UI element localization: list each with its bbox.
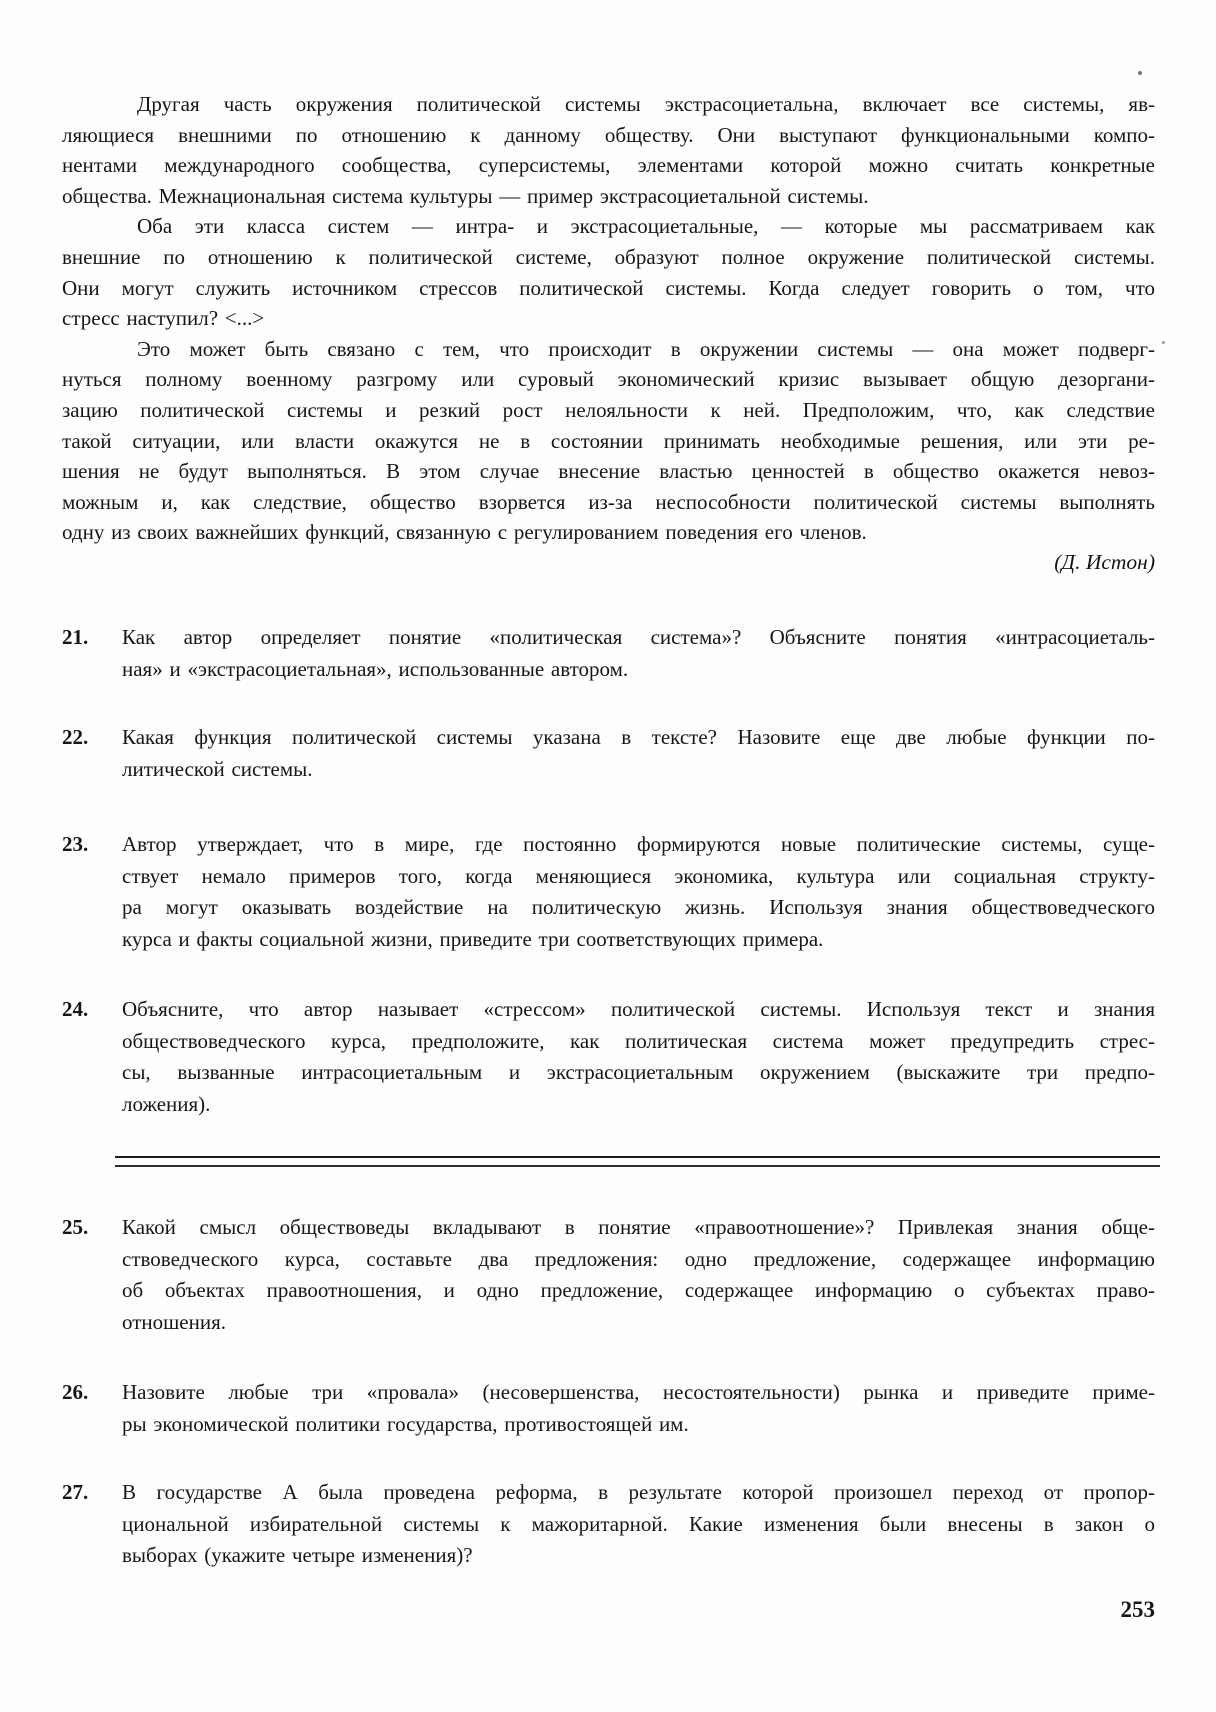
- question-number: 21.: [62, 622, 118, 654]
- question-number: 25.: [62, 1212, 118, 1244]
- text-line: зацию политической системы и резкий рост…: [62, 395, 1155, 426]
- text-line: Это может быть связано с тем, что происх…: [62, 334, 1155, 365]
- question-text: Какой смысл обществоведы вкладывают в по…: [122, 1212, 1155, 1339]
- text-line: Они могут служить источником стрессов по…: [62, 273, 1155, 304]
- question-text-line: Как автор определяет понятие «политическ…: [122, 622, 1155, 654]
- question-21: 21. Как автор определяет понятие «полити…: [62, 622, 1155, 685]
- question-number: 22.: [62, 722, 118, 754]
- question-text-line: Какая функция политической системы указа…: [122, 722, 1155, 754]
- text-line: ляющиеся внешними по отношению к данному…: [62, 120, 1155, 151]
- text-line: Другая часть окружения политической сист…: [62, 89, 1155, 120]
- question-text-line: обществоведческого курса, предположите, …: [122, 1026, 1155, 1058]
- author-attribution: (Д. Истон): [62, 549, 1155, 575]
- question-number: 24.: [62, 994, 118, 1026]
- text-line: можным и, как следствие, общество взорве…: [62, 487, 1155, 518]
- question-text: Объясните, что автор называет «стрессом»…: [122, 994, 1155, 1121]
- question-text-line: Какой смысл обществоведы вкладывают в по…: [122, 1212, 1155, 1244]
- scan-artifact: [1162, 341, 1165, 344]
- question-text: Назовите любые три «провала» (несовершен…: [122, 1377, 1155, 1440]
- question-text-line: сы, вызванные интрасоциетальным и экстра…: [122, 1057, 1155, 1089]
- question-number: 23.: [62, 829, 118, 861]
- question-text-line: литической системы.: [122, 754, 1155, 786]
- text-line: нентами международного сообщества, супер…: [62, 150, 1155, 181]
- text-line: нуться полному военному разгрому или сур…: [62, 364, 1155, 395]
- question-text-line: отношения.: [122, 1307, 1155, 1339]
- section-divider: [115, 1156, 1160, 1167]
- question-text-line: ложения).: [122, 1089, 1155, 1121]
- text-line: внешние по отношению к политической сист…: [62, 242, 1155, 273]
- question-text-line: Назовите любые три «провала» (несовершен…: [122, 1377, 1155, 1409]
- question-text: Как автор определяет понятие «политическ…: [122, 622, 1155, 685]
- text-line: одну из своих важнейших функций, связанн…: [62, 517, 1155, 548]
- book-page: Другая часть окружения политической сист…: [0, 0, 1216, 1712]
- question-text: Какая функция политической системы указа…: [122, 722, 1155, 785]
- question-24: 24. Объясните, что автор называет «стрес…: [62, 994, 1155, 1121]
- question-27: 27. В государстве А была проведена рефор…: [62, 1477, 1155, 1572]
- text-line: такой ситуации, или власти окажутся не в…: [62, 426, 1155, 457]
- question-23: 23. Автор утверждает, что в мире, где по…: [62, 829, 1155, 956]
- text-line: стресс наступил? <...>: [62, 303, 1155, 334]
- question-25: 25. Какой смысл обществоведы вкладывают …: [62, 1212, 1155, 1339]
- question-text-line: выборах (укажите четыре изменения)?: [122, 1540, 1155, 1572]
- question-text: Автор утверждает, что в мире, где постоя…: [122, 829, 1155, 956]
- text-line: Оба эти класса систем — интра- и экстрас…: [62, 211, 1155, 242]
- question-text-line: ствоведческого курса, составьте два пред…: [122, 1244, 1155, 1276]
- question-text-line: ствует немало примеров того, когда меняю…: [122, 861, 1155, 893]
- question-text-line: Объясните, что автор называет «стрессом»…: [122, 994, 1155, 1026]
- question-text-line: курса и факты социальной жизни, приведит…: [122, 924, 1155, 956]
- question-22: 22. Какая функция политической системы у…: [62, 722, 1155, 785]
- scan-artifact: [1138, 71, 1142, 75]
- source-text: Другая часть окружения политической сист…: [62, 89, 1155, 548]
- question-text-line: В государстве А была проведена реформа, …: [122, 1477, 1155, 1509]
- question-text: В государстве А была проведена реформа, …: [122, 1477, 1155, 1572]
- question-text-line: об объектах правоотношения, и одно предл…: [122, 1275, 1155, 1307]
- question-number: 27.: [62, 1477, 118, 1509]
- page-number: 253: [1121, 1597, 1156, 1623]
- question-text-line: Автор утверждает, что в мире, где постоя…: [122, 829, 1155, 861]
- question-number: 26.: [62, 1377, 118, 1409]
- text-line: общества. Межнациональная система культу…: [62, 181, 1155, 212]
- question-26: 26. Назовите любые три «провала» (несове…: [62, 1377, 1155, 1440]
- question-text-line: ры экономической политики государства, п…: [122, 1409, 1155, 1441]
- text-line: шения не будут выполняться. В этом случа…: [62, 456, 1155, 487]
- question-text-line: циональной избирательной системы к мажор…: [122, 1509, 1155, 1541]
- question-text-line: ра могут оказывать воздействие на полити…: [122, 892, 1155, 924]
- question-text-line: ная» и «экстрасоциетальная», использован…: [122, 654, 1155, 686]
